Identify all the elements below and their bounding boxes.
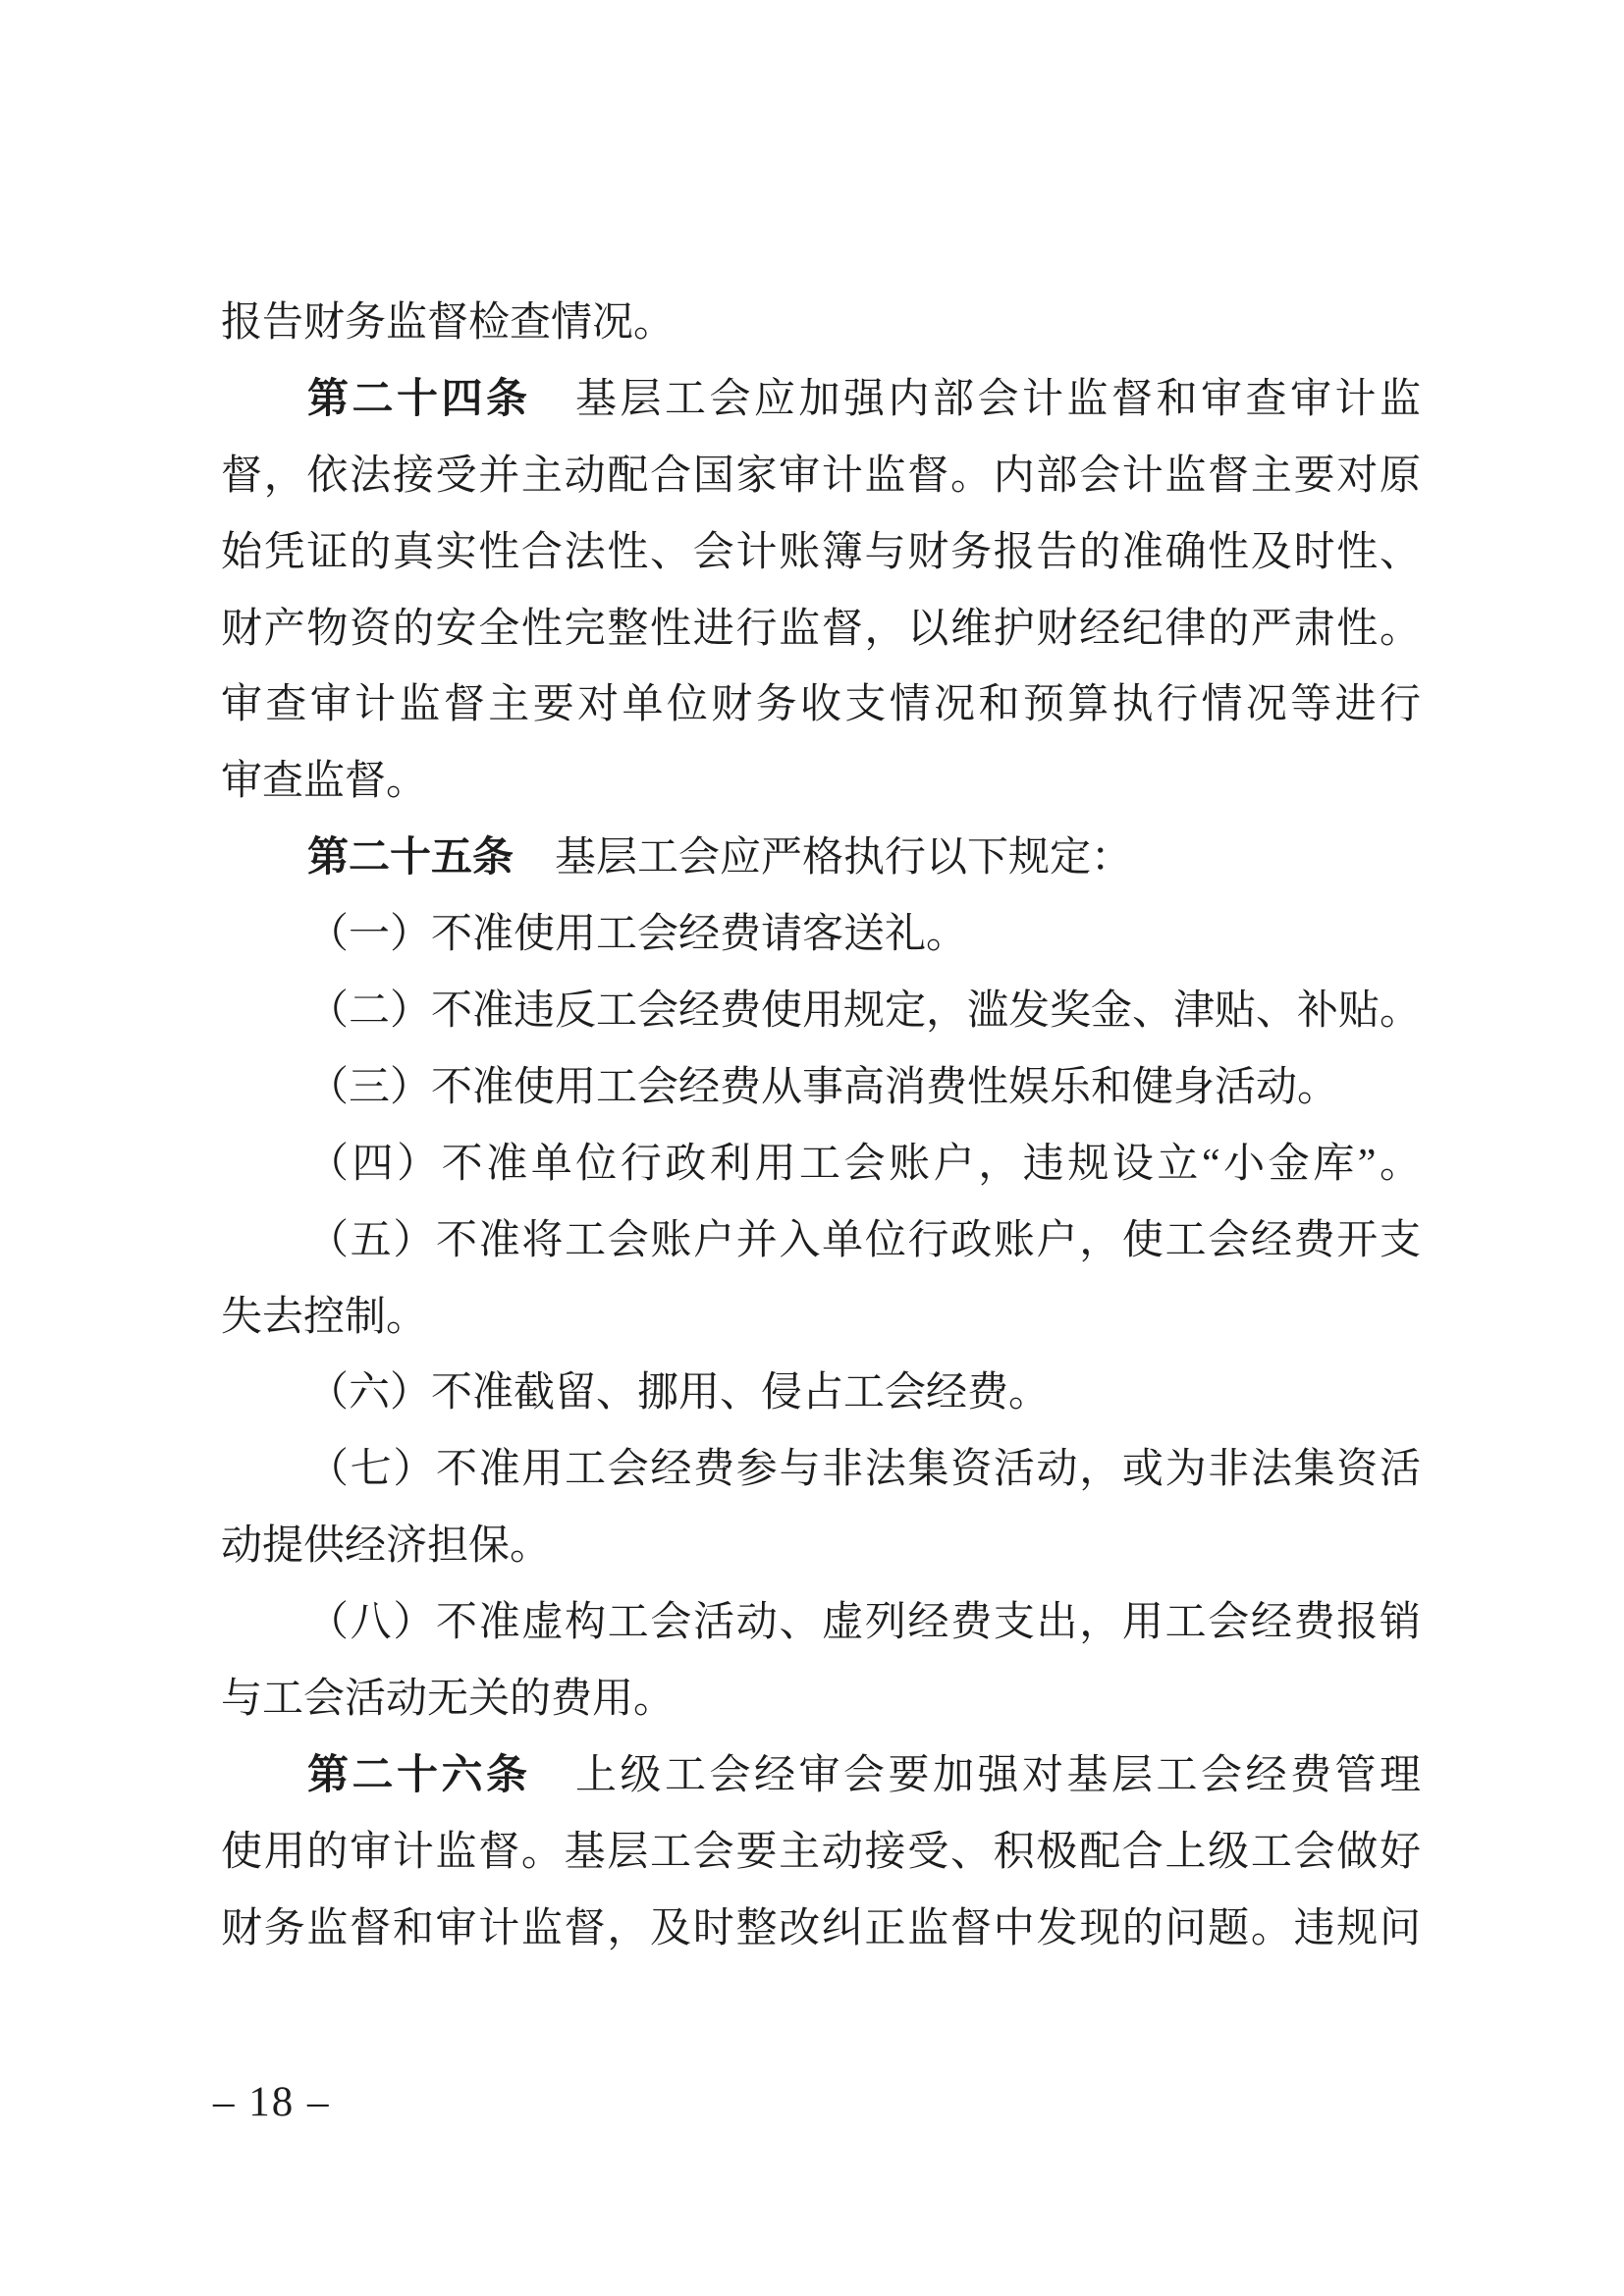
text-run: （五）不准将工会账户并入单位行政账户，使工会经费开支	[307, 1218, 1421, 1263]
document-body: 报告财务监督检查情况。第二十四条 基层工会应加强内部会计监督和审查审计监督，依法…	[221, 286, 1421, 1968]
article-number: 第二十五条	[307, 835, 514, 881]
text-run: 与工会活动无关的费用。	[221, 1677, 675, 1722]
text-line: 报告财务监督检查情况。	[221, 286, 1421, 362]
text-run: 失去控制。	[221, 1295, 427, 1340]
text-line: 第二十六条 上级工会经审会要加强对基层工会经费管理	[221, 1738, 1421, 1815]
page-number: – 18 –	[213, 2079, 331, 2126]
text-run: 审查监督。	[221, 759, 427, 804]
text-line: 第二十四条 基层工会应加强内部会计监督和审查审计监	[221, 362, 1421, 439]
text-run: 财务监督和审计监督，及时整改纠正监督中发现的问题。违规问	[221, 1906, 1421, 1951]
text-run: 督，依法接受并主动配合国家审计监督。内部会计监督主要对原	[221, 454, 1421, 499]
text-run: 动提供经济担保。	[221, 1523, 551, 1569]
text-run: （二）不准违反工会经费使用规定，滥发奖金、津贴、补贴。	[307, 988, 1421, 1034]
text-line: 动提供经济担保。	[221, 1509, 1421, 1585]
article-number: 第二十四条	[307, 377, 531, 422]
text-line: 督，依法接受并主动配合国家审计监督。内部会计监督主要对原	[221, 439, 1421, 515]
text-run: 报告财务监督检查情况。	[221, 300, 675, 346]
text-line: 审查审计监督主要对单位财务收支情况和预算执行情况等进行	[221, 667, 1421, 744]
text-line: （四）不准单位行政利用工会账户，违规设立“小金库”。	[221, 1127, 1421, 1203]
text-line: （五）不准将工会账户并入单位行政账户，使工会经费开支	[221, 1203, 1421, 1280]
text-run: 上级工会经审会要加强对基层工会经费管理	[531, 1753, 1421, 1798]
text-line: 第二十五条 基层工会应严格执行以下规定：	[221, 821, 1421, 897]
text-run: （六）不准截留、挪用、侵占工会经费。	[307, 1370, 1050, 1415]
text-run: （一）不准使用工会经费请客送礼。	[307, 912, 967, 957]
text-line: 始凭证的真实性合法性、会计账簿与财务报告的准确性及时性、	[221, 515, 1421, 592]
text-run: 基层工会应严格执行以下规定：	[514, 835, 1132, 881]
document-page: 报告财务监督检查情况。第二十四条 基层工会应加强内部会计监督和审查审计监督，依法…	[0, 0, 1624, 2296]
article-number: 第二十六条	[307, 1753, 531, 1798]
text-line: （一）不准使用工会经费请客送礼。	[221, 897, 1421, 974]
text-line: （八）不准虚构工会活动、虚列经费支出，用工会经费报销	[221, 1585, 1421, 1662]
text-line: （七）不准用工会经费参与非法集资活动，或为非法集资活	[221, 1432, 1421, 1509]
text-line: （三）不准使用工会经费从事高消费性娱乐和健身活动。	[221, 1050, 1421, 1127]
text-run: 财产物资的安全性完整性进行监督，以维护财经纪律的严肃性。	[221, 607, 1421, 652]
text-run: 始凭证的真实性合法性、会计账簿与财务报告的准确性及时性、	[221, 530, 1421, 575]
text-line: 财务监督和审计监督，及时整改纠正监督中发现的问题。违规问	[221, 1892, 1421, 1968]
text-run: 使用的审计监督。基层工会要主动接受、积极配合上级工会做好	[221, 1830, 1421, 1875]
text-line: 与工会活动无关的费用。	[221, 1662, 1421, 1738]
text-line: 失去控制。	[221, 1280, 1421, 1357]
text-run: 基层工会应加强内部会计监督和审查审计监	[531, 377, 1421, 422]
text-line: （二）不准违反工会经费使用规定，滥发奖金、津贴、补贴。	[221, 974, 1421, 1050]
text-run: （四）不准单位行政利用工会账户，违规设立“小金库”。	[307, 1142, 1421, 1187]
text-run: （三）不准使用工会经费从事高消费性娱乐和健身活动。	[307, 1065, 1338, 1110]
text-line: 使用的审计监督。基层工会要主动接受、积极配合上级工会做好	[221, 1815, 1421, 1892]
text-line: 审查监督。	[221, 744, 1421, 821]
text-line: （六）不准截留、挪用、侵占工会经费。	[221, 1356, 1421, 1432]
text-run: （八）不准虚构工会活动、虚列经费支出，用工会经费报销	[307, 1600, 1421, 1645]
text-run: （七）不准用工会经费参与非法集资活动，或为非法集资活	[307, 1447, 1421, 1492]
text-line: 财产物资的安全性完整性进行监督，以维护财经纪律的严肃性。	[221, 592, 1421, 668]
text-run: 审查审计监督主要对单位财务收支情况和预算执行情况等进行	[221, 682, 1421, 727]
